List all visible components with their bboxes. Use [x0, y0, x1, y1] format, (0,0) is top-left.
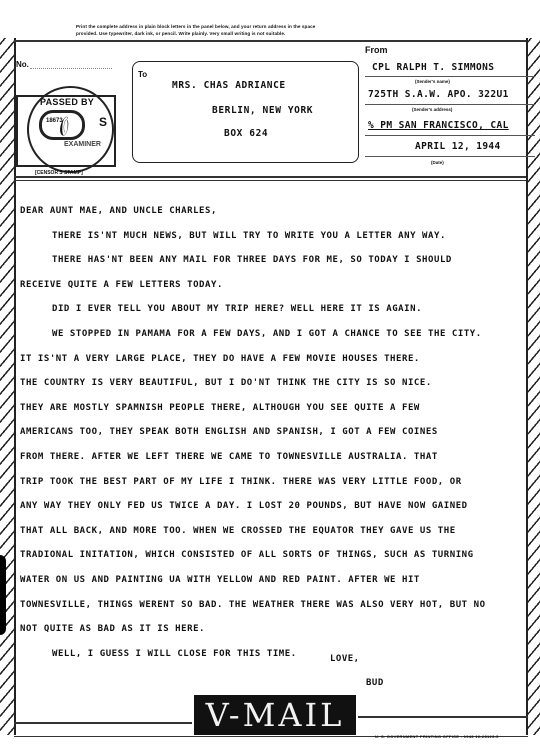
- date-caption: (Date): [431, 160, 444, 165]
- printer-imprint: U. S. GOVERNMENT PRINTING OFFICE : 1943 …: [375, 734, 499, 739]
- sender-name-caption: (Sender's name): [415, 79, 450, 84]
- footer-rule-right: [358, 716, 528, 718]
- instructions-line-2: provided. Use typewriter, dark ink, or p…: [76, 31, 436, 38]
- sender-address-1: 725TH S.A.W. APO. 322U1: [368, 89, 518, 100]
- letter-line: WATER ON US AND PAINTING UA WITH YELLOW …: [20, 575, 528, 600]
- letter-date: APRIL 12, 1944: [415, 141, 540, 152]
- letter-signature: BUD: [366, 678, 384, 688]
- letter-line: ANY WAY THEY ONLY FED US TWICE A DAY. I …: [20, 501, 528, 526]
- sender-address-2: % PM SAN FRANCISCO, CAL: [368, 120, 518, 131]
- letter-line: THAT ALL BACK, AND MORE TOO. WHEN WE CRO…: [20, 526, 528, 551]
- letter-lines: THERE IS'NT MUCH NEWS, BUT WILL TRY TO W…: [20, 231, 528, 674]
- sender-address2-rule: [365, 135, 535, 136]
- sender-name: CPL RALPH T. SIMMONS: [372, 62, 522, 73]
- number-label: No.: [16, 60, 29, 69]
- recipient-line-2: BERLIN, NEW YORK: [212, 105, 313, 116]
- form-instructions: Print the complete address in plain bloc…: [76, 24, 436, 37]
- sender-address-rule: [365, 104, 535, 105]
- number-field: [30, 68, 112, 69]
- from-label: From: [365, 45, 388, 55]
- letter-line: TRADIONAL INITATION, WHICH CONSISTED OF …: [20, 550, 528, 575]
- censor-letter: S: [99, 115, 107, 129]
- sender-name-rule: [365, 76, 535, 77]
- letter-line: TRIP TOOK THE BEST PART OF MY LIFE I THI…: [20, 477, 528, 502]
- letter-salutation: DEAR AUNT MAE, AND UNCLE CHARLES,: [20, 206, 528, 231]
- letter-line: WE STOPPED IN PAMAMA FOR A FEW DAYS, AND…: [20, 329, 528, 354]
- letter-line: THEY ARE MOSTLY SPAMNISH PEOPLE THERE, A…: [20, 403, 528, 428]
- letter-closing: LOVE,: [330, 654, 360, 664]
- letter-line: TOWNESVILLE, THINGS WERENT SO BAD. THE W…: [20, 600, 528, 625]
- vmail-logo: V-MAIL: [194, 695, 356, 735]
- letter-line: THERE HAS'NT BEEN ANY MAIL FOR THREE DAY…: [20, 255, 528, 280]
- letter-body: DEAR AUNT MAE, AND UNCLE CHARLES, THERE …: [20, 206, 528, 673]
- footer-rule-left: [14, 722, 192, 724]
- letter-line: NOT QUITE AS BAD AS IT IS HERE.: [20, 624, 528, 649]
- top-rule: [14, 40, 526, 42]
- letter-line: WELL, I GUESS I WILL CLOSE FOR THIS TIME…: [20, 649, 528, 674]
- letter-line: RECEIVE QUITE A FEW LETTERS TODAY.: [20, 280, 528, 305]
- letter-line: DID I EVER TELL YOU ABOUT MY TRIP HERE? …: [20, 304, 528, 329]
- letter-line: AMERICANS TOO, THEY SPEAK BOTH ENGLISH A…: [20, 427, 528, 452]
- to-label: To: [138, 70, 147, 79]
- censor-passed-by: PASSED BY: [40, 97, 94, 107]
- recipient-line-1: MRS. CHAS ADRIANCE: [172, 80, 286, 91]
- letter-line: THERE IS'NT MUCH NEWS, BUT WILL TRY TO W…: [20, 231, 528, 256]
- header-divider-2: [14, 180, 526, 181]
- letter-line: FROM THERE. AFTER WE LEFT THERE WE CAME …: [20, 452, 528, 477]
- sender-address-caption: (Sender's address): [412, 107, 452, 112]
- recipient-line-3: BOX 624: [224, 128, 268, 139]
- date-rule: [365, 156, 535, 157]
- letter-line: THE COUNTRY IS VERY BEAUTIFUL, BUT I DO'…: [20, 378, 528, 403]
- header-divider: [14, 176, 526, 178]
- letter-line: IT IS'NT A VERY LARGE PLACE, THEY DO HAV…: [20, 354, 528, 379]
- censor-examiner: EXAMINER: [64, 141, 101, 148]
- scan-edge-shadow: [0, 555, 6, 635]
